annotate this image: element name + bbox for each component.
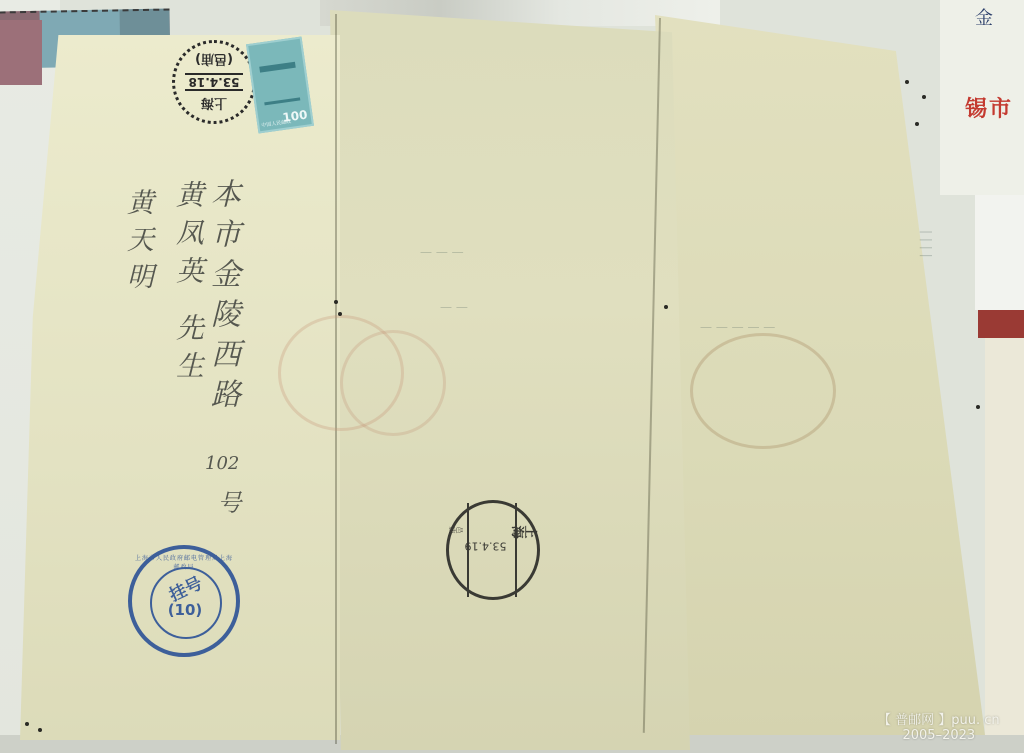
postmark-top: (邑庙) 53.4.18 上海 bbox=[172, 40, 256, 124]
postmark-city: (邑庙) bbox=[185, 51, 243, 70]
ink-speck bbox=[38, 728, 42, 732]
ink-speck bbox=[664, 305, 668, 309]
tiananmen-icon bbox=[259, 62, 300, 106]
handwritten-recipient: 黄凤英 先生 bbox=[168, 180, 208, 389]
postmark-date: 53.4.18 bbox=[185, 73, 243, 91]
seal-number: (10) bbox=[158, 601, 212, 619]
postmark-back: 上海 53.4.19 邑庙 bbox=[446, 500, 540, 600]
background-red-text: 锡市 bbox=[965, 92, 1013, 123]
background-blue-handwriting: 金 bbox=[975, 4, 993, 30]
show-through-print: — — bbox=[440, 300, 468, 314]
postmark-name: 上海 bbox=[185, 95, 243, 114]
ink-speck bbox=[338, 312, 342, 316]
faded-circle-seal bbox=[340, 330, 446, 436]
ink-speck bbox=[915, 122, 919, 126]
show-through-print: | | | | bbox=[920, 230, 934, 258]
show-through-print: — — — — — bbox=[700, 320, 775, 334]
ink-speck bbox=[334, 300, 338, 304]
ink-speck bbox=[922, 95, 926, 99]
faded-oval-seal bbox=[690, 333, 836, 449]
background-paper-right bbox=[975, 195, 1024, 310]
watermark-site: 【 普邮网 】puu. cn bbox=[878, 713, 1000, 728]
postmark-city: 上海 bbox=[512, 521, 538, 540]
registration-seal: 上海市人民政府邮电管理局上海邮政局 挂号 (10) bbox=[128, 545, 240, 657]
show-through-print: — — — bbox=[420, 245, 464, 259]
postmark-office: 邑庙 bbox=[449, 525, 463, 535]
background-envelope-right bbox=[985, 338, 1024, 753]
watermark: 【 普邮网 】puu. cn 2005–2023 bbox=[878, 713, 1000, 743]
background-red-strip bbox=[978, 310, 1024, 338]
stamp-value: 100 bbox=[282, 108, 309, 125]
ink-speck bbox=[25, 722, 29, 726]
ink-speck bbox=[976, 405, 980, 409]
handwritten-unit: 号 bbox=[210, 490, 245, 524]
watermark-years: 2005–2023 bbox=[878, 728, 1000, 743]
background-pink-stamp bbox=[0, 20, 42, 85]
handwritten-number: 102 bbox=[205, 453, 239, 474]
postmark-date: 53.4.19 bbox=[465, 540, 507, 553]
ink-speck bbox=[905, 80, 909, 84]
handwritten-sender: 黄天明 bbox=[118, 188, 157, 299]
